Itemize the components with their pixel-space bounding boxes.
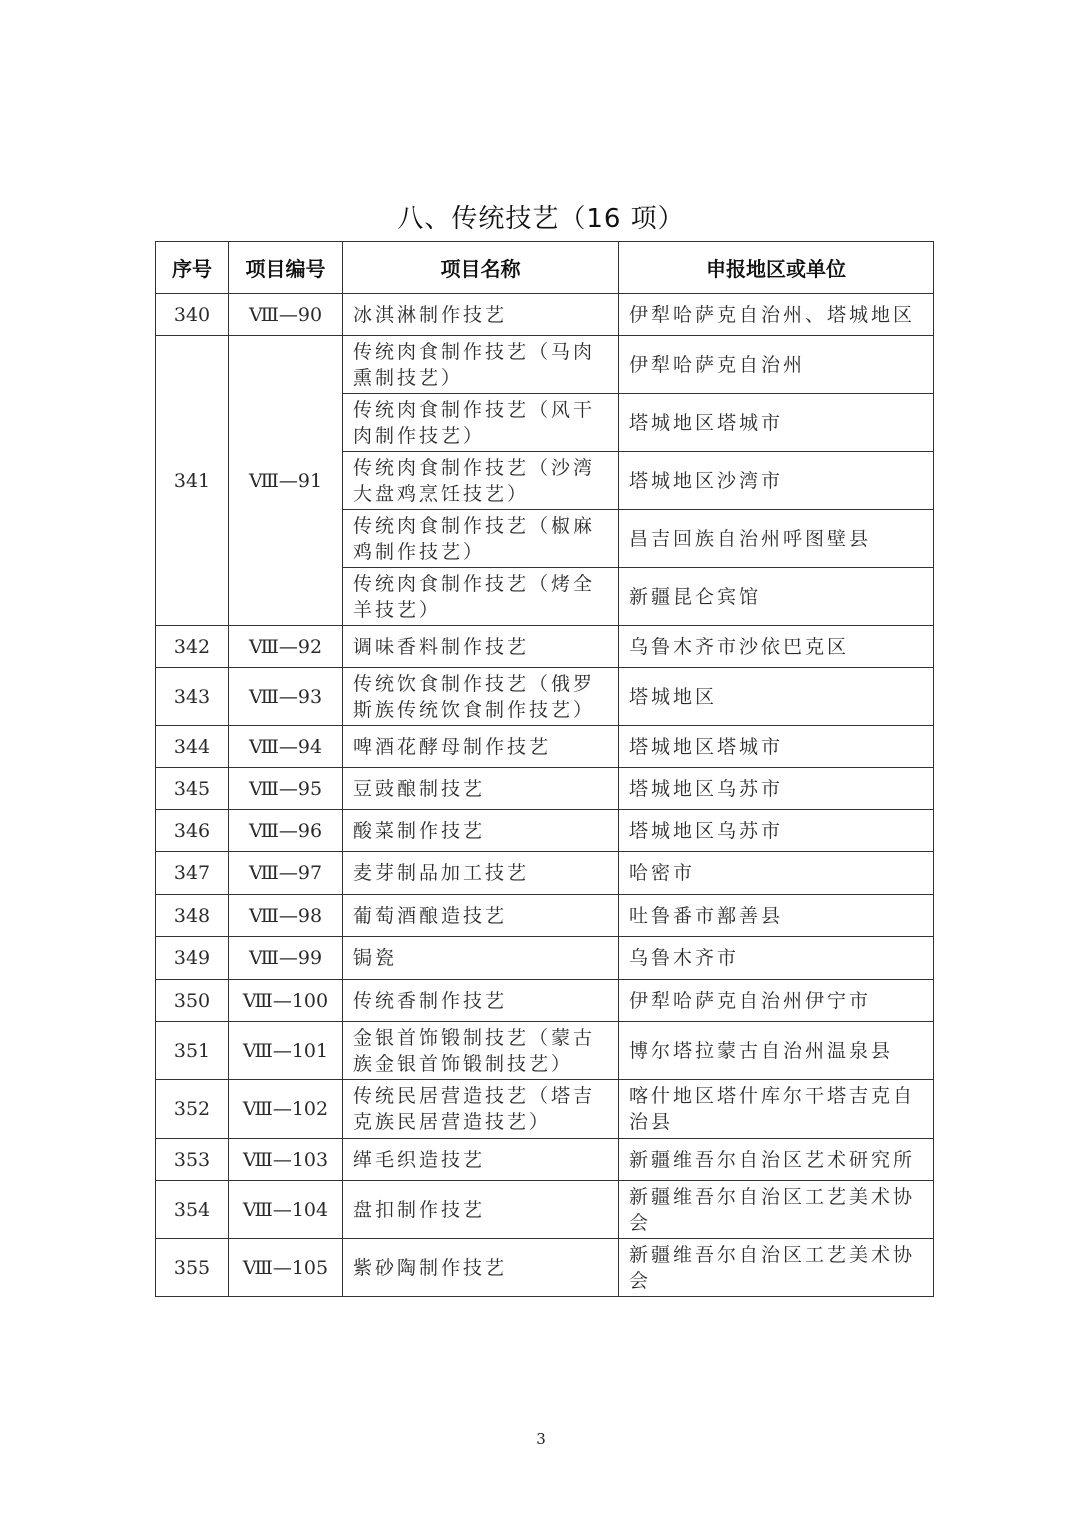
cell-item-name: 传统民居营造技艺（塔吉克族民居营造技艺） — [343, 1080, 619, 1139]
cell-item-code: Ⅷ—102 — [229, 1080, 343, 1139]
cell-item-name: 传统饮食制作技艺（俄罗斯族传统饮食制作技艺） — [343, 668, 619, 726]
table-row: 343 Ⅷ—93 传统饮食制作技艺（俄罗斯族传统饮食制作技艺） 塔城地区 — [156, 668, 934, 726]
cell-item-code: Ⅷ—103 — [229, 1139, 343, 1181]
cell-item-code: Ⅷ—100 — [229, 980, 343, 1022]
cell-item-name: 金银首饰锻制技艺（蒙古族金银首饰锻制技艺） — [343, 1022, 619, 1080]
cell-item-name: 紫砂陶制作技艺 — [343, 1239, 619, 1297]
cell-region: 塔城地区塔城市 — [619, 394, 934, 452]
cell-item-name: 传统肉食制作技艺（烤全羊技艺） — [343, 568, 619, 626]
cell-item-code: Ⅷ—95 — [229, 768, 343, 810]
cell-item-name: 缂毛织造技艺 — [343, 1139, 619, 1181]
cell-item-name: 传统肉食制作技艺（沙湾大盘鸡烹饪技艺） — [343, 452, 619, 510]
cell-serial-no: 350 — [156, 980, 229, 1022]
cell-region: 塔城地区乌苏市 — [619, 768, 934, 810]
cell-region: 塔城地区沙湾市 — [619, 452, 934, 510]
header-serial-no: 序号 — [156, 242, 229, 294]
header-region: 申报地区或单位 — [619, 242, 934, 294]
cell-item-name: 冰淇淋制作技艺 — [343, 294, 619, 336]
cell-item-name: 调味香料制作技艺 — [343, 626, 619, 668]
cell-item-name: 啤酒花酵母制作技艺 — [343, 726, 619, 768]
cell-serial-no: 347 — [156, 852, 229, 895]
cell-serial-no: 348 — [156, 895, 229, 937]
cell-region: 伊犁哈萨克自治州 — [619, 336, 934, 394]
cell-item-code: Ⅷ—105 — [229, 1239, 343, 1297]
cell-item-name: 传统肉食制作技艺（椒麻鸡制作技艺） — [343, 510, 619, 568]
cell-item-code: Ⅷ—104 — [229, 1181, 343, 1239]
cell-item-code: Ⅷ—98 — [229, 895, 343, 937]
cell-region: 塔城地区乌苏市 — [619, 810, 934, 852]
cell-item-code: Ⅷ—97 — [229, 852, 343, 895]
cell-region: 吐鲁番市鄯善县 — [619, 895, 934, 937]
cell-item-name: 传统肉食制作技艺（风干肉制作技艺） — [343, 394, 619, 452]
cell-serial-no: 354 — [156, 1181, 229, 1239]
cell-region: 新疆维吾尔自治区工艺美术协会 — [619, 1239, 934, 1297]
section-title: 八、传统技艺（16 项） — [0, 198, 1082, 235]
cell-item-name: 盘扣制作技艺 — [343, 1181, 619, 1239]
table-row: 354 Ⅷ—104 盘扣制作技艺 新疆维吾尔自治区工艺美术协会 — [156, 1181, 934, 1239]
page-number: 3 — [0, 1430, 1082, 1448]
cell-item-name: 酸菜制作技艺 — [343, 810, 619, 852]
cell-serial-no: 353 — [156, 1139, 229, 1181]
cell-serial-no: 340 — [156, 294, 229, 336]
cell-item-code: Ⅷ—99 — [229, 937, 343, 980]
cell-serial-no: 349 — [156, 937, 229, 980]
cell-region: 乌鲁木齐市沙依巴克区 — [619, 626, 934, 668]
cell-item-name: 麦芽制品加工技艺 — [343, 852, 619, 895]
table-row: 345 Ⅷ—95 豆豉酿制技艺 塔城地区乌苏市 — [156, 768, 934, 810]
cell-item-name: 传统肉食制作技艺（马肉熏制技艺） — [343, 336, 619, 394]
cell-item-code: Ⅷ—101 — [229, 1022, 343, 1080]
cell-region: 新疆维吾尔自治区工艺美术协会 — [619, 1181, 934, 1239]
cell-serial-no: 355 — [156, 1239, 229, 1297]
cell-serial-no: 352 — [156, 1080, 229, 1139]
table-row: 350 Ⅷ—100 传统香制作技艺 伊犁哈萨克自治州伊宁市 — [156, 980, 934, 1022]
table-row: 348 Ⅷ—98 葡萄酒酿造技艺 吐鲁番市鄯善县 — [156, 895, 934, 937]
cell-serial-no: 342 — [156, 626, 229, 668]
cell-serial-no: 341 — [156, 336, 229, 626]
table-row: 349 Ⅷ—99 锔瓷 乌鲁木齐市 — [156, 937, 934, 980]
cell-region: 喀什地区塔什库尔干塔吉克自治县 — [619, 1080, 934, 1139]
cell-region: 塔城地区塔城市 — [619, 726, 934, 768]
table-row: 344 Ⅷ—94 啤酒花酵母制作技艺 塔城地区塔城市 — [156, 726, 934, 768]
cell-region: 新疆昆仑宾馆 — [619, 568, 934, 626]
table-row: 342 Ⅷ—92 调味香料制作技艺 乌鲁木齐市沙依巴克区 — [156, 626, 934, 668]
cell-serial-no: 343 — [156, 668, 229, 726]
cell-item-name: 豆豉酿制技艺 — [343, 768, 619, 810]
cell-region: 伊犁哈萨克自治州伊宁市 — [619, 980, 934, 1022]
cell-region: 新疆维吾尔自治区艺术研究所 — [619, 1139, 934, 1181]
table-row: 352 Ⅷ—102 传统民居营造技艺（塔吉克族民居营造技艺） 喀什地区塔什库尔干… — [156, 1080, 934, 1139]
cell-serial-no: 351 — [156, 1022, 229, 1080]
cell-item-name: 传统香制作技艺 — [343, 980, 619, 1022]
cell-region: 博尔塔拉蒙古自治州温泉县 — [619, 1022, 934, 1080]
cell-item-code: Ⅷ—94 — [229, 726, 343, 768]
cell-item-name: 锔瓷 — [343, 937, 619, 980]
cell-item-code: Ⅷ—91 — [229, 336, 343, 626]
table-row: 346 Ⅷ—96 酸菜制作技艺 塔城地区乌苏市 — [156, 810, 934, 852]
header-item-code: 项目编号 — [229, 242, 343, 294]
cell-region: 乌鲁木齐市 — [619, 937, 934, 980]
table-row: 341 Ⅷ—91 传统肉食制作技艺（马肉熏制技艺） 伊犁哈萨克自治州 — [156, 336, 934, 394]
cell-region: 塔城地区 — [619, 668, 934, 726]
cell-region: 昌吉回族自治州呼图壁县 — [619, 510, 934, 568]
cell-region: 伊犁哈萨克自治州、塔城地区 — [619, 294, 934, 336]
table-row: 355 Ⅷ—105 紫砂陶制作技艺 新疆维吾尔自治区工艺美术协会 — [156, 1239, 934, 1297]
cell-region: 哈密市 — [619, 852, 934, 895]
table-row: 353 Ⅷ—103 缂毛织造技艺 新疆维吾尔自治区艺术研究所 — [156, 1139, 934, 1181]
cell-item-code: Ⅷ—90 — [229, 294, 343, 336]
table-row: 351 Ⅷ—101 金银首饰锻制技艺（蒙古族金银首饰锻制技艺） 博尔塔拉蒙古自治… — [156, 1022, 934, 1080]
cell-item-code: Ⅷ—93 — [229, 668, 343, 726]
cell-serial-no: 345 — [156, 768, 229, 810]
cell-item-code: Ⅷ—92 — [229, 626, 343, 668]
cell-serial-no: 346 — [156, 810, 229, 852]
cell-item-name: 葡萄酒酿造技艺 — [343, 895, 619, 937]
heritage-table: 序号 项目编号 项目名称 申报地区或单位 340 Ⅷ—90 冰淇淋制作技艺 伊犁… — [155, 241, 934, 1297]
table-row: 340 Ⅷ—90 冰淇淋制作技艺 伊犁哈萨克自治州、塔城地区 — [156, 294, 934, 336]
cell-serial-no: 344 — [156, 726, 229, 768]
table-row: 347 Ⅷ—97 麦芽制品加工技艺 哈密市 — [156, 852, 934, 895]
header-item-name: 项目名称 — [343, 242, 619, 294]
table-header-row: 序号 项目编号 项目名称 申报地区或单位 — [156, 242, 934, 294]
cell-item-code: Ⅷ—96 — [229, 810, 343, 852]
